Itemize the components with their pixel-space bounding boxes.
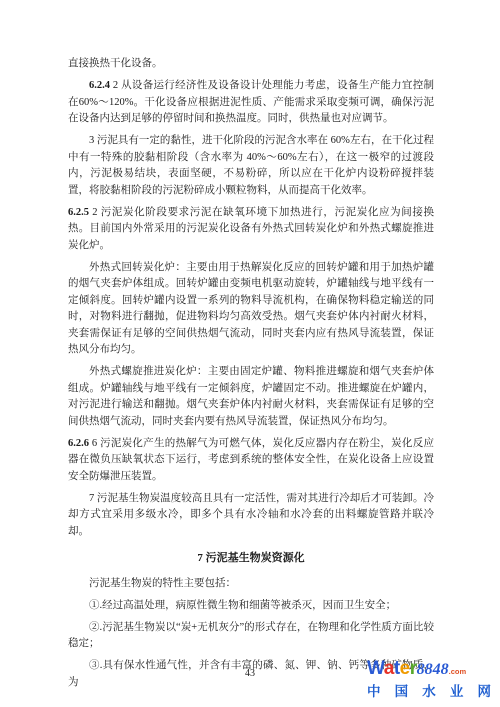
watermark-brand-letter: a [384, 658, 394, 679]
section-heading: 7 污泥基生物炭资源化 [68, 550, 434, 567]
watermark-subtitle-char: 国 [395, 684, 409, 699]
watermark-brand: Water8848.com [367, 659, 491, 682]
paragraph: 外热式螺旋推进炭化炉：主要由固定炉罐、物料推进螺旋和烟气夹套炉体组成。炉罐轴线与… [68, 364, 434, 430]
watermark-subtitle-char: 水 [422, 684, 436, 699]
watermark-subtitle-char: 业 [450, 684, 464, 699]
paragraph: ①.经过高温处理，病原性微生物和细菌等被杀灭，因而卫生安全； [68, 598, 434, 615]
paragraph: 3 污泥具有一定的黏性，进干化阶段的污泥含水率在 60%左右，在干化过程中有一特… [68, 133, 434, 199]
watermark-subtitle-char: 中 [367, 684, 381, 699]
paragraph: 6.2.4 2 从设备运行经济性及设备设计处理能力考虑，设备生产能力宜控制在60… [68, 78, 434, 128]
watermark-brand-letter: W [367, 658, 384, 679]
paragraph: 外热式回转炭化炉：主要由用于热解炭化反应的回转炉罐和用于加热炉罐的烟气夹套炉体组… [68, 260, 434, 359]
watermark-subtitle-char: 网 [478, 684, 492, 699]
watermark-brand-letter: e [400, 658, 410, 679]
paragraph: ②.污泥基生物炭以“炭+无机灰分”的形式存在，在物理和化学性质方面比较稳定； [68, 620, 434, 653]
watermark-logo: Water8848.com 中国水业网 [367, 659, 491, 699]
paragraph: 7 污泥基生物炭温度较高且具有一定活性，需对其进行冷却后才可装卸。冷却方式宜采用… [68, 491, 434, 541]
paragraph: 6.2.6 6 污泥炭化产生的热解气为可燃气体，炭化反应器内存在粉尘，炭化反应器… [68, 436, 434, 486]
watermark-brand-number: 8848 [417, 661, 449, 678]
paragraph: 直接换热干化设备。 [68, 56, 434, 73]
watermark-brand-letter: r [410, 658, 417, 679]
document-body: 直接换热干化设备。6.2.4 2 从设备运行经济性及设备设计处理能力考虑，设备生… [68, 56, 434, 691]
paragraph: 6.2.5 2 污泥炭化阶段要求污泥在缺氧环境下加热进行，污泥炭化应为间接换热。… [68, 205, 434, 255]
watermark-subtitle: 中国水业网 [367, 684, 491, 699]
watermark-brand-letters: Water [367, 658, 417, 679]
watermark-brand-tld: .com [449, 667, 467, 676]
paragraph: 污泥基生物炭的特性主要包括： [68, 576, 434, 593]
document-page: 直接换热干化设备。6.2.4 2 从设备运行经济性及设备设计处理能力考虑，设备生… [0, 0, 500, 707]
